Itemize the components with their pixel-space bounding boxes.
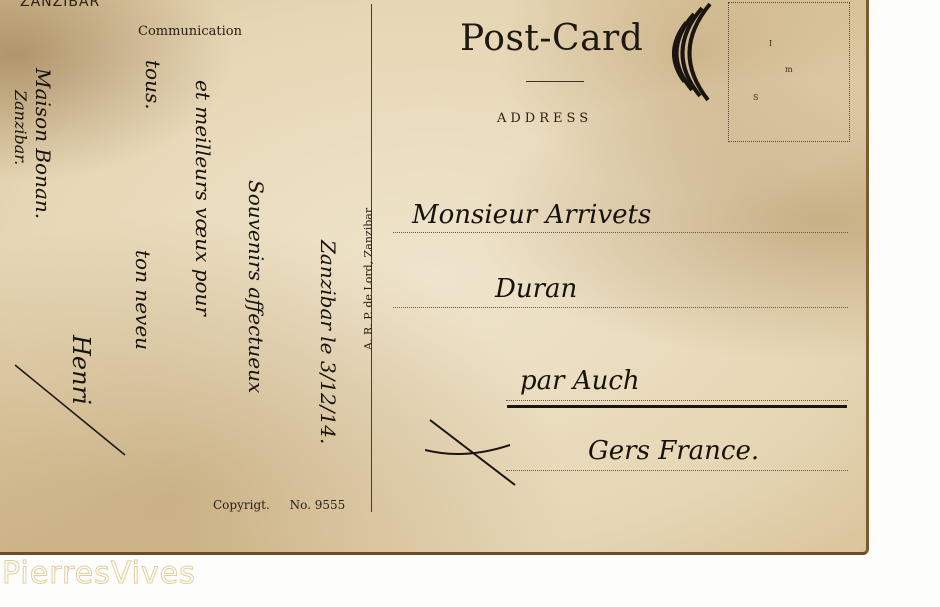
address-bold-rule	[507, 405, 847, 408]
publisher-text: A. R. P. de Lord, Zanzibar	[362, 208, 375, 350]
address-line	[393, 232, 848, 233]
address-line-4: Gers France.	[588, 436, 759, 466]
signature-flourish-icon	[10, 360, 130, 460]
card-number: No. 9555	[290, 498, 346, 512]
sender-line-1: Maison Bonan.	[31, 68, 55, 219]
address-line-2: Duran	[495, 274, 577, 304]
title-rule	[526, 81, 584, 82]
corner-label: ZANZIBAR	[20, 0, 100, 10]
cross-mark-icon	[425, 415, 520, 490]
postcard-title: Post-Card	[460, 18, 643, 59]
postmark-cancel-icon	[660, 2, 720, 102]
stamp-mark: m	[785, 65, 793, 74]
address-line	[506, 470, 848, 471]
address-line	[393, 307, 848, 308]
message-column-1: Souvenirs affectueux	[244, 180, 268, 393]
postcard: ZANZIBAR Communication A. R. P. de Lord,…	[0, 0, 869, 555]
address-line	[506, 400, 848, 401]
communication-label: Communication	[138, 24, 242, 39]
message-date: Zanzibar le 3/12/14.	[316, 240, 340, 444]
address-label: ADDRESS	[497, 111, 592, 126]
watermark: PierresVives	[2, 556, 196, 591]
address-line-1: Monsieur Arrivets	[412, 200, 651, 230]
copyright-line: Copyrigt. No. 9555	[213, 498, 345, 512]
message-column-4: ton neveu	[131, 250, 155, 350]
stamp-mark: I	[769, 39, 772, 48]
message-column-2: et meilleurs vœux pour	[191, 80, 215, 316]
sender-line-2: Zanzibar.	[11, 90, 30, 165]
stamp-box: I m S	[728, 2, 850, 142]
copyright-label: Copyrigt.	[213, 498, 270, 512]
stamp-mark: S	[753, 93, 758, 102]
address-line-3: par Auch	[520, 366, 640, 396]
message-column-3: tous.	[141, 60, 165, 110]
